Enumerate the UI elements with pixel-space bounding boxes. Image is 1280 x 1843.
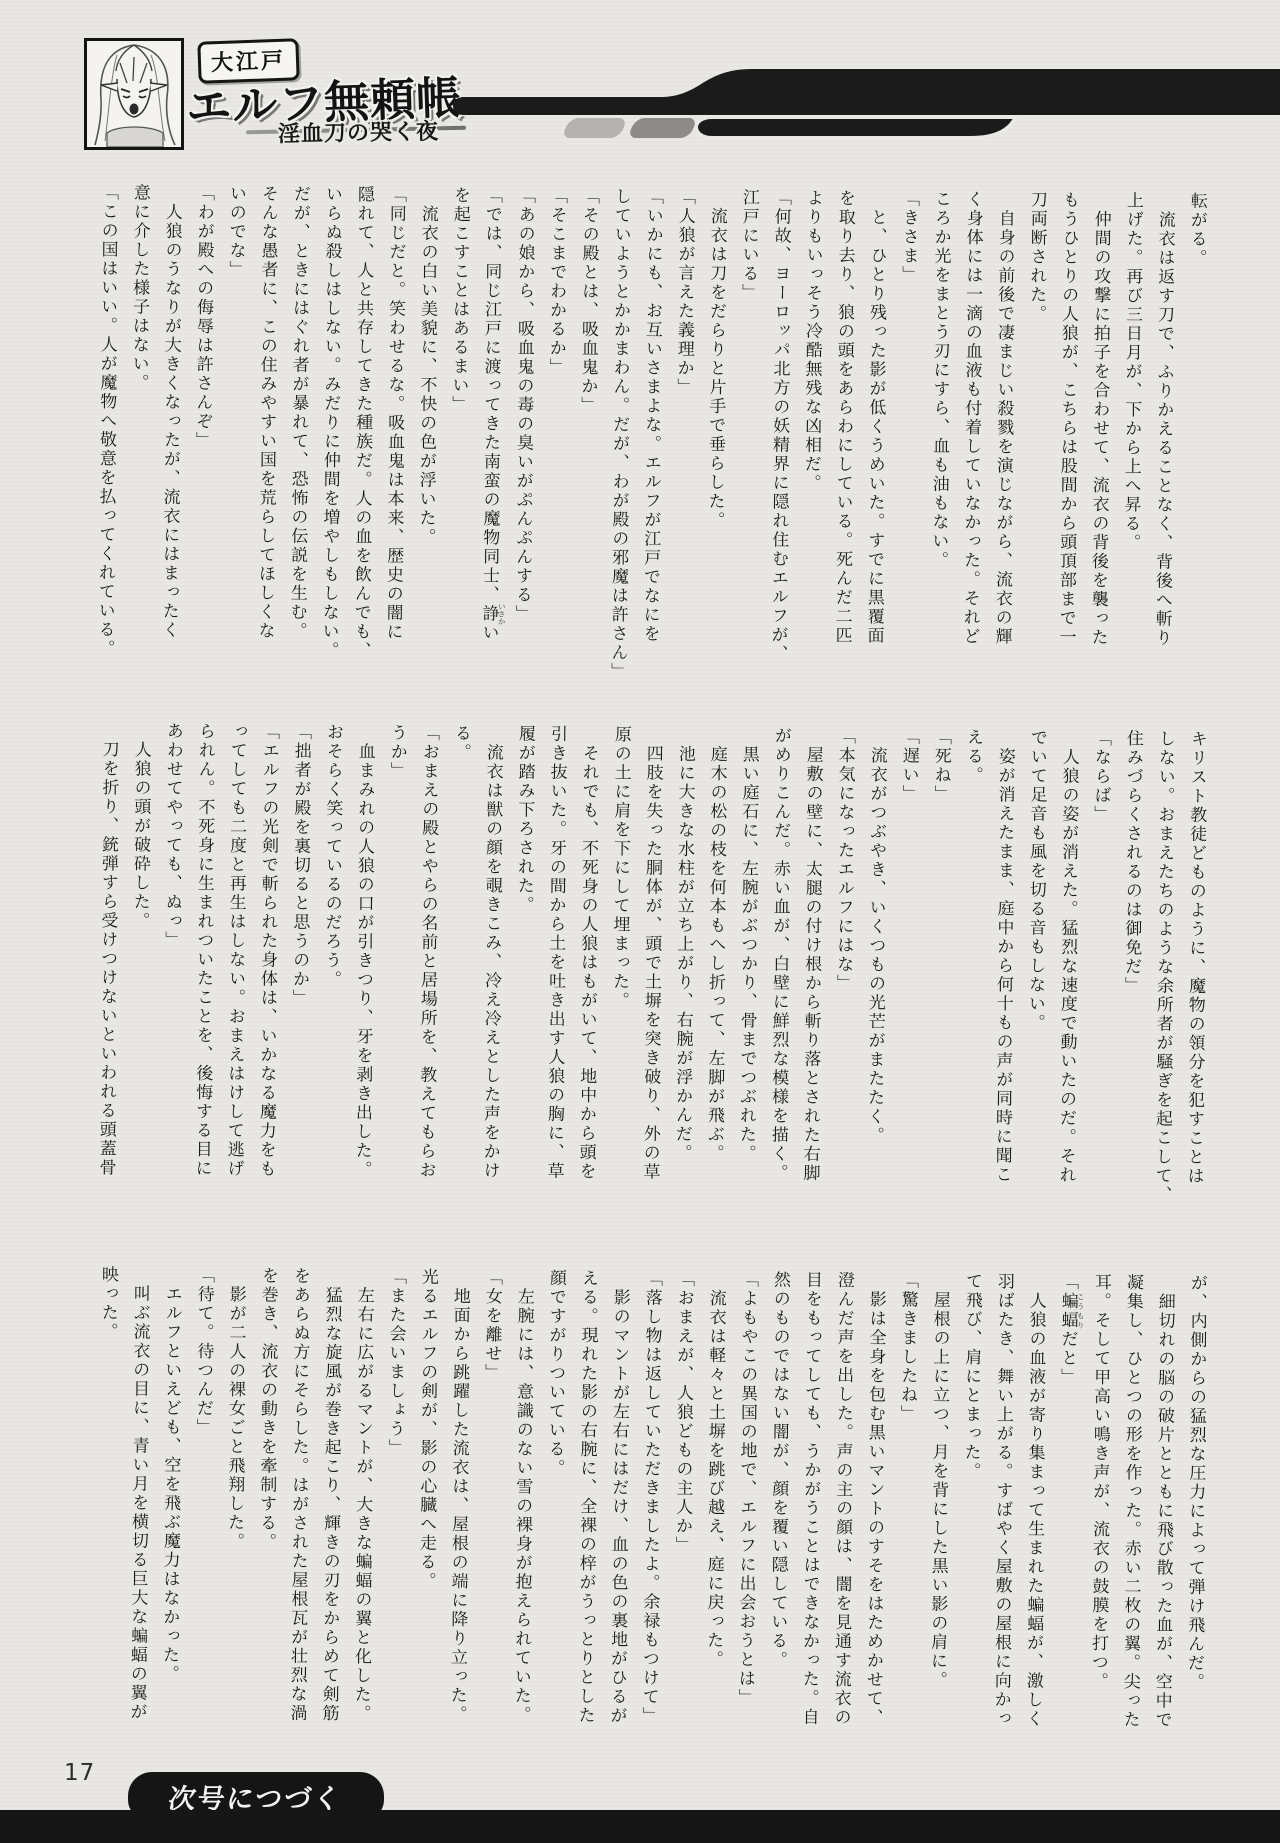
text-column: おそらく笑っているのだろう。 <box>313 723 349 1219</box>
text-column: 目をもってしても、うかがうことはできなかった。自 <box>792 1271 828 1767</box>
text-column: がめりこんだ。赤い血が、白壁に鮮烈な模様を描く。 <box>761 726 797 1222</box>
text-column: うか」 <box>377 723 413 1219</box>
text-column: える。 <box>953 728 989 1224</box>
text-column: 「また会いましょう」 <box>376 1267 412 1763</box>
story-band-2: キリスト教徒どものように、魔物の領分を犯すことはしない。おまえたちのような余所者… <box>87 721 1213 1226</box>
page-subtitle: 淫血刀の哭く夜 <box>278 115 440 149</box>
text-column: 引き抜いた。牙の間から土を吐き出す人狼の胸に、草 <box>537 725 573 1221</box>
text-column: 意に介した様子はない。 <box>120 183 156 679</box>
text-column: 「拙者が殿を裏切ると思うのか」 <box>281 723 317 1219</box>
text-column: 原の土に肩を下にして埋まった。 <box>601 725 637 1221</box>
text-column: 「きさま」 <box>889 189 925 685</box>
text-column: 住みづらくされるのは御免だ」 <box>1113 729 1149 1225</box>
text-column: 「何故、ヨーロッパ北方の妖精界に隠れ住むエルフが、 <box>761 188 797 684</box>
text-column: 人狼の姿が消えた。猛烈な速度で動いたのだ。それ <box>1049 729 1085 1225</box>
text-column: 流衣の白い美貌に、不快の色が浮いた。 <box>408 186 444 682</box>
text-column: 左腕には、意識のない雪の裸身が抱えられていた。 <box>504 1268 540 1764</box>
text-column: していようとかかまわん。だが、わが殿の邪魔は許さん」 <box>601 187 637 683</box>
text-column: 耳。そして甲高い鳴き声が、流衣の鼓膜を打つ。 <box>1081 1273 1117 1769</box>
text-column: だが、ときにはぐれ者が暴れて、恐怖の伝説を生む。 <box>280 185 316 681</box>
text-column: よりもいっそう冷酷無残な凶相だ。 <box>793 189 829 685</box>
text-column: 刀両断された。 <box>1017 190 1053 686</box>
text-column: 「おまえが、人狼どもの主人か」 <box>664 1270 700 1766</box>
text-column: しない。おまえたちのような余所者が騒ぎを起こして、 <box>1145 729 1181 1225</box>
text-column: 「ならば」 <box>1081 729 1117 1225</box>
text-column: て飛び、肩にとまった。 <box>952 1272 988 1768</box>
text-column: える。現れた影の右腕に、全裸の梓がうっとりとした <box>568 1269 604 1765</box>
text-column: 屋根の上に立つ、月を背にした黒い影の肩に。 <box>920 1272 956 1768</box>
text-column: 影は全身を包む黒いマントのすそをはためかせて、 <box>856 1271 892 1767</box>
text-column: 転がる。 <box>1177 192 1213 688</box>
text-column: 人狼の頭が破砕した。 <box>121 721 157 1217</box>
text-column: を起こすことはあるまい」 <box>440 186 476 682</box>
text-column: ころか光をまとう刃にすら、血も油もない。 <box>921 190 957 686</box>
text-column: 光るエルフの剣が、影の心臓へ走る。 <box>408 1268 444 1764</box>
elf-girl-portrait-icon <box>87 41 181 147</box>
text-column: あわせてやっても、ぬっ」 <box>153 722 189 1218</box>
text-column: 池に大きな水柱が立ち上がり、右腕が浮かんだ。 <box>665 726 701 1222</box>
text-column: でいて足音も風を切る音もしない。 <box>1017 728 1053 1224</box>
text-column: 細切れの脳の破片とともに飛び散った血が、空中で <box>1145 1273 1181 1769</box>
text-column: 屋敷の壁に、太腿の付け根から斬り落とされた右脚 <box>793 727 829 1223</box>
text-column: キリスト教徒どものように、魔物の領分を犯すことは <box>1177 730 1213 1226</box>
text-column: 流衣は軽々と土塀を跳び越え、庭に戻った。 <box>696 1270 732 1766</box>
heroine-portrait <box>84 38 184 150</box>
text-column: 姿が消えたまま、庭中から何十もの声が同時に聞こ <box>985 728 1021 1224</box>
text-column: を取り去り、狼の頭をあらわにしている。死んだ二匹 <box>825 189 861 685</box>
text-column: 「待て。待つんだ」 <box>184 1266 220 1762</box>
text-column: 流衣がつぶやき、いくつもの光芒がまたたく。 <box>857 727 893 1223</box>
text-column: 澄んだ声を出した。声の主の顔は、闇を見通す流衣の <box>824 1271 860 1767</box>
text-column: 「その殿とは、吸血鬼か」 <box>569 187 605 683</box>
text-column: 「落し物は返していただきましたよ。余禄もつけて」 <box>632 1269 668 1765</box>
text-column: 流衣は返す刀で、ふりかえることなく、背後へ斬り <box>1145 191 1181 687</box>
text-column: 「そこまでわかるか」 <box>537 187 573 683</box>
text-column: 左右に広がるマントが、大きな蝙蝠の翼と化した。 <box>344 1267 380 1763</box>
text-column: 影のマントが左右にはだけ、血の色の裏地がひるが <box>600 1269 636 1765</box>
text-column: 庭木の松の枝を何本もへし折って、左脚が飛ぶ。 <box>697 726 733 1222</box>
story-band-3: が、内側からの猛烈な圧力によって弾け飛んだ。 細切れの脳の破片とともに飛び散った… <box>87 1265 1213 1770</box>
text-column: 上げた。再び三日月が、下から上へ昇る。 <box>1113 191 1149 687</box>
text-column: と、ひとり残った影が低くうめいた。すでに黒覆面 <box>857 189 893 685</box>
text-column: いのでな」 <box>216 184 252 680</box>
text-column: 「本気になったエルフにはな」 <box>825 727 861 1223</box>
text-column: ってしても二度と再生はしない。おまえはけして逃げ <box>217 722 253 1218</box>
text-column: 「同じだと。笑わせるな。吸血鬼は本来、歴史の闇に <box>376 185 412 681</box>
text-column: 人狼のうなりが大きくなったが、流衣にはまったく <box>152 184 188 680</box>
text-column: られん。不死身に生まれついたことを、後悔する目に <box>185 722 221 1218</box>
text-column: いらぬ殺しはしない。みだりに仲間を増やしもしない。 <box>312 185 348 681</box>
text-column: 羽ばたき、舞い上がる。すばやく屋敷の屋根に向かっ <box>984 1272 1020 1768</box>
text-column: 仲間の攻撃に拍子を合わせて、流衣の背後を襲った <box>1081 191 1117 687</box>
text-column: 凝集し、ひとつの形を作った。赤い二枚の翼。尖った <box>1113 1273 1149 1769</box>
text-column: そんな愚者に、この住みやすい国を荒らしてほしくな <box>248 184 284 680</box>
text-column: 血まみれの人狼の口が引きつり、牙を剥き出した。 <box>345 723 381 1219</box>
text-column: 「あの娘から、吸血鬼の毒の臭いがぷんぷんする」 <box>505 186 541 682</box>
text-column: 黒い庭石に、左腕がぶつかり、骨までつぶれた。 <box>729 726 765 1222</box>
text-column: を巻き、流衣の動きを牽制する。 <box>248 1266 284 1762</box>
text-column: 猛烈な旋風が巻き起こり、輝きの刃をからめて剣筋 <box>312 1267 348 1763</box>
text-column: る。 <box>441 724 477 1220</box>
text-column: 履が踏み下ろされた。 <box>505 724 541 1220</box>
page-number: 17 <box>64 1760 95 1786</box>
text-column: もうひとりの人狼が、こちらは股間から頭頂部まで一 <box>1049 191 1085 687</box>
text-column: 「蝙蝠こうもりだと」 <box>1048 1273 1085 1769</box>
text-column: 江戸にいる」 <box>729 188 765 684</box>
text-column: 刀を折り、銃弾すら受けつけないといわれる頭蓋骨 <box>89 721 125 1217</box>
text-column: 然のものではない闇が、顔を覆い隠している。 <box>760 1270 796 1766</box>
story-band-1: 転がる。 流衣は返す刀で、ふりかえることなく、背後へ斬り上げた。再び三日月が、下… <box>87 183 1213 688</box>
header-decoration-bars-icon <box>450 55 1280 155</box>
text-column: をあらぬ方にそらした。はがされた屋根瓦が壮烈な渦 <box>280 1267 316 1763</box>
text-column: 「よもやこの異国の地で、エルフに出会おうとは」 <box>728 1270 764 1766</box>
text-column: 「では、同じ江戸に渡ってきた南蛮の魔物同士、諍いさかい <box>472 186 509 682</box>
text-column: 「いかにも、お互いさまよな。エルフが江戸でなにを <box>633 187 669 683</box>
text-column: 「女を離せ」 <box>472 1268 508 1764</box>
text-column: 顔ですがりついている。 <box>536 1269 572 1765</box>
text-column: 「死ね」 <box>921 728 957 1224</box>
text-column: 人狼の血液が寄り集まって生まれた蝙蝠が、激しく <box>1016 1272 1052 1768</box>
text-column: 自身の前後で凄まじい殺戮を演じながら、流衣の輝 <box>985 190 1021 686</box>
text-column: 「わが殿への侮辱は許さんぞ」 <box>184 184 220 680</box>
text-column: 「遅い」 <box>889 727 925 1223</box>
text-column: 地面から跳躍した流衣は、屋根の端に降り立った。 <box>440 1268 476 1764</box>
text-column: 隠れて、人と共存してきた種族だ。人の血を飲んでも、 <box>344 185 380 681</box>
text-column: 「おまえの殿とやらの名前と居場所を、教えてもらお <box>409 724 445 1220</box>
text-column: 「エルフの光剣で斬られた身体は、いかなる魔力をも <box>249 722 285 1218</box>
text-column: が、内側からの猛烈な圧力によって弾け飛んだ。 <box>1177 1274 1213 1770</box>
bottom-bar <box>0 1810 1280 1843</box>
text-column: 「人狼が言えた義理か」 <box>665 188 701 684</box>
text-column: エルフといえども、空を飛ぶ魔力はなかった。 <box>152 1266 188 1762</box>
text-column: 「驚きましたね」 <box>888 1271 924 1767</box>
text-column: 映った。 <box>88 1265 124 1761</box>
text-column: 四肢を失った胴体が、頭で土塀を突き破り、外の草 <box>633 725 669 1221</box>
text-column: 影が二人の裸女ごと飛翔した。 <box>216 1266 252 1762</box>
text-column: 「この国はいい。人が魔物へ敬意を払ってくれている。 <box>88 183 124 679</box>
text-column: それでも、不死身の人狼はもがいて、地中から頭を <box>569 725 605 1221</box>
text-column: 流衣は獣の顔を覗きこみ、冷え冷えとした声をかけ <box>473 724 509 1220</box>
text-column: く身体には一滴の血液も付着していなかった。それど <box>953 190 989 686</box>
text-column: 流衣は刀をだらりと片手で垂らした。 <box>697 188 733 684</box>
text-column: 叫ぶ流衣の目に、青い月を横切る巨大な蝙蝠の翼が <box>120 1265 156 1761</box>
